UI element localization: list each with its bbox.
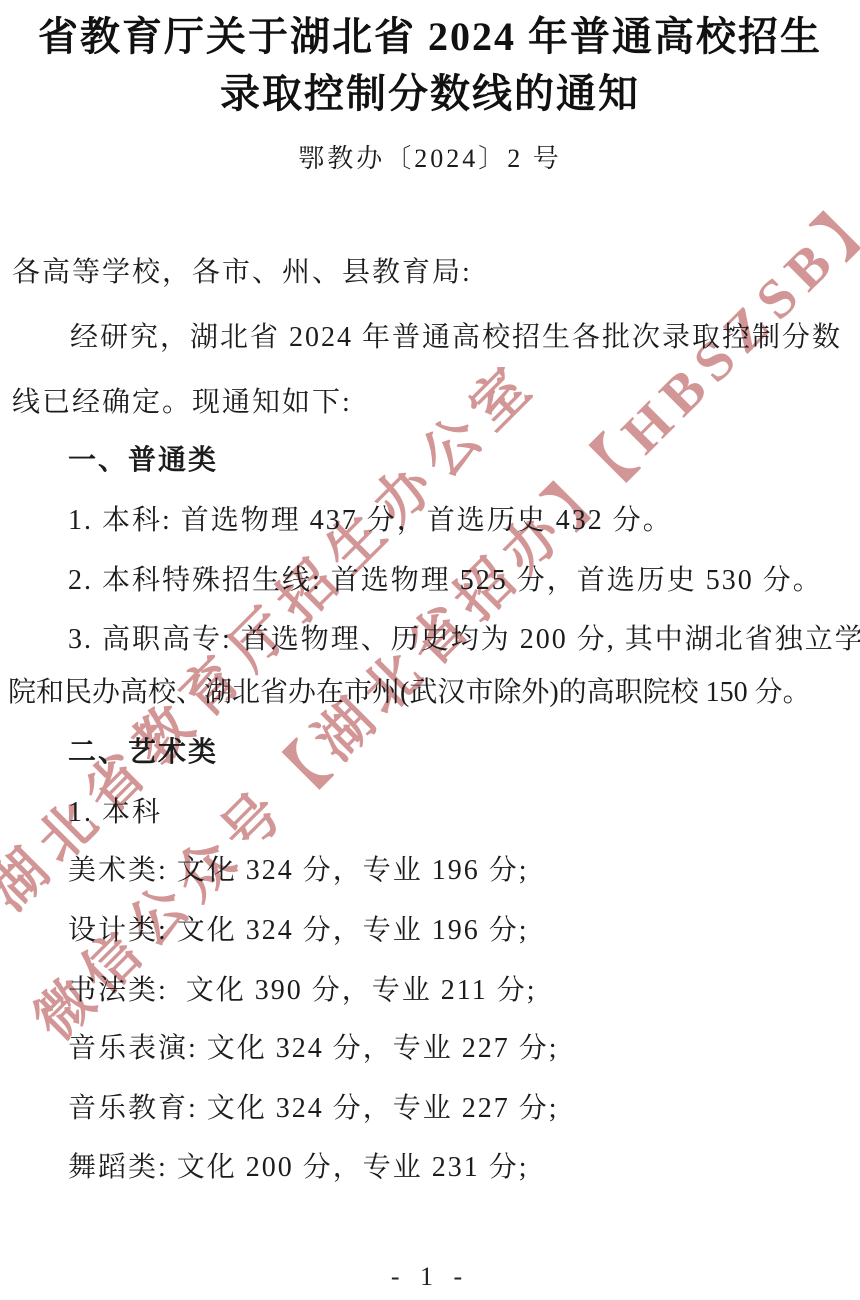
general-item-benke: 1. 本科: 首选物理 437 分，首选历史 432 分。 [68, 498, 673, 538]
art-score-dance: 舞蹈类: 文化 200 分，专业 231 分; [68, 1145, 529, 1185]
general-item-special-line: 2. 本科特殊招生线: 首选物理 525 分，首选历史 530 分。 [68, 558, 823, 598]
general-item-vocational-line-1: 3. 高职高专: 首选物理、历史均为 200 分, 其中湖北省独立学 [68, 617, 860, 657]
art-score-music-education: 音乐教育: 文化 324 分，专业 227 分; [68, 1086, 559, 1126]
notice-title-line-1: 省教育厅关于湖北省 2024 年普通高校招生 [0, 8, 860, 65]
section-2-heading: 二、艺术类 [68, 730, 218, 770]
page-number: - 1 - [0, 1262, 860, 1292]
notice-title: 省教育厅关于湖北省 2024 年普通高校招生 录取控制分数线的通知 [0, 8, 860, 122]
notice-page: 湖北省教育厅招生办公室 微信公众号【湖北省招办】【HBSZSB】 省教育厅关于湖… [0, 0, 860, 1300]
art-score-design: 设计类: 文化 324 分，专业 196 分; [68, 908, 529, 948]
general-item-vocational-line-2: 院和民办高校、湖北省办在市州(武汉市除外)的高职院校 150 分。 [8, 670, 811, 710]
art-score-fine-arts: 美术类: 文化 324 分，专业 196 分; [68, 848, 529, 888]
section-1-heading: 一、普通类 [68, 438, 218, 478]
intro-line-2: 线已经确定。现通知如下: [12, 380, 352, 420]
salutation: 各高等学校，各市、州、县教育局: [12, 250, 472, 290]
notice-title-line-2: 录取控制分数线的通知 [0, 65, 860, 122]
document-number: 鄂教办〔2024〕2 号 [0, 138, 860, 175]
art-score-music-performance: 音乐表演: 文化 324 分，专业 227 分; [68, 1026, 559, 1066]
subsection-undergraduate: 1. 本科 [68, 790, 162, 830]
art-score-calligraphy: 书法类: 文化 390 分，专业 211 分; [68, 968, 537, 1008]
intro-line-1: 经研究，湖北省 2024 年普通高校招生各批次录取控制分数 [70, 315, 842, 355]
